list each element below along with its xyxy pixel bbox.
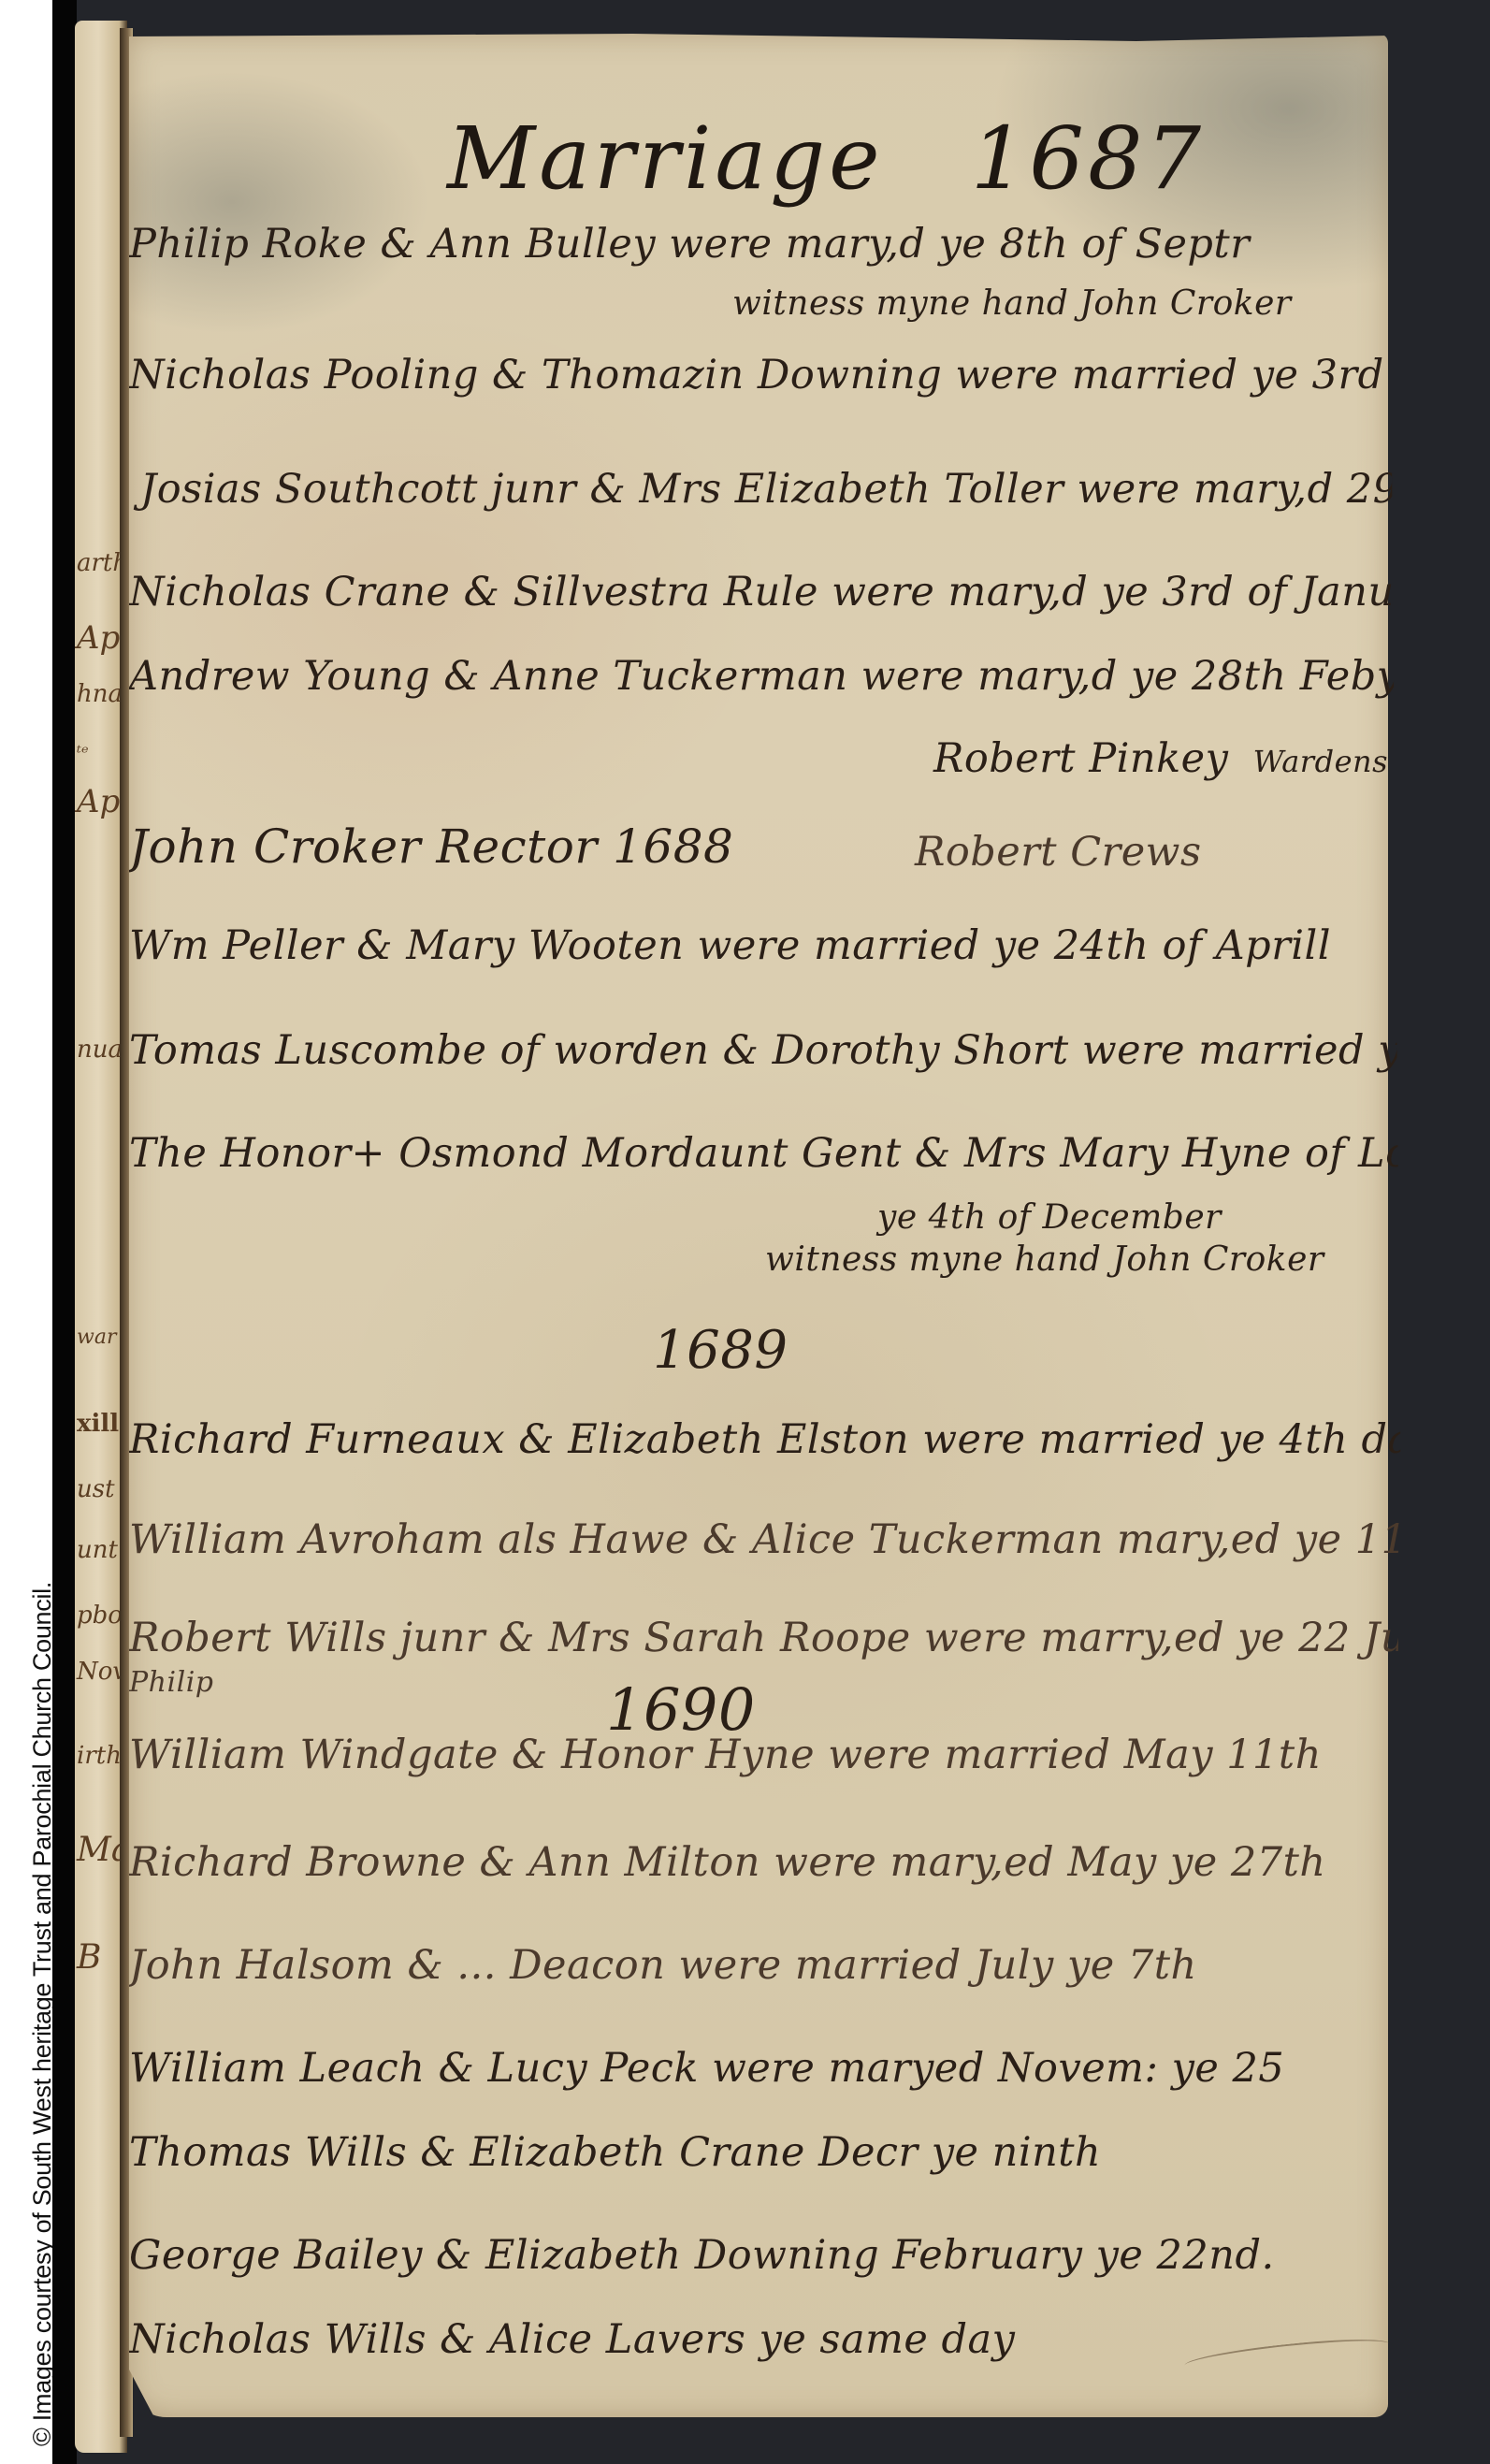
register-entry: Robert Wills junr & Mrs Sarah Roope were… bbox=[129, 1615, 1443, 1661]
register-entry: Thomas Wills & Elizabeth Crane Decr ye n… bbox=[129, 2129, 1101, 2176]
register-page: Marriage 1687 Philip Roke & Ann Bulley w… bbox=[129, 34, 1388, 2417]
copyright-strip: © Images courtesy of South West heritage… bbox=[0, 0, 56, 2464]
register-entry: William Leach & Lucy Peck were maryed No… bbox=[129, 2045, 1284, 2092]
register-entry: Philip Roke & Ann Bulley were mary,d ye … bbox=[129, 221, 1250, 268]
register-entry: The Honor+ Osmond Mordaunt Gent & Mrs Ma… bbox=[129, 1130, 1490, 1177]
register-entry: Andrew Young & Anne Tuckerman were mary,… bbox=[129, 653, 1400, 700]
witness-line: witness myne hand John Croker bbox=[765, 1240, 1324, 1279]
register-entry: Josias Southcott junr & Mrs Elizabeth To… bbox=[140, 466, 1490, 513]
witness-line: witness myne hand John Croker bbox=[732, 284, 1292, 323]
register-entry: Nicholas Wills & Alice Lavers ye same da… bbox=[129, 2316, 1015, 2363]
register-entry: George Bailey & Elizabeth Downing Februa… bbox=[129, 2232, 1275, 2279]
facing-page-fragment: war bbox=[77, 1326, 116, 1349]
register-entry: William Avroham als Hawe & Alice Tuckerm… bbox=[129, 1516, 1490, 1563]
entry-date-line: ye 4th of December bbox=[877, 1198, 1222, 1237]
register-entry: Wm Peller & Mary Wooten were married ye … bbox=[129, 922, 1331, 969]
register-entry: Richard Browne & Ann Milton were mary,ed… bbox=[129, 1839, 1326, 1886]
register-entry: William Windgate & Honor Hyne were marri… bbox=[129, 1732, 1322, 1778]
facing-page-fragment: ᵗᵉ bbox=[77, 741, 89, 763]
title-year: 1687 bbox=[971, 109, 1205, 209]
register-entry: Richard Furneaux & Elizabeth Elston were… bbox=[129, 1416, 1490, 1463]
register-entry: John Halsom & ... Deacon were married Ju… bbox=[129, 1942, 1197, 1989]
page-crease bbox=[1183, 2334, 1390, 2376]
facing-page-fragment: ust bbox=[77, 1475, 115, 1503]
signature-cosigner: Robert Crews bbox=[915, 829, 1202, 876]
title-text: Marriage bbox=[447, 109, 884, 209]
facing-page-fragment: hna bbox=[77, 680, 123, 708]
warden-name: Robert Pinkey bbox=[933, 735, 1228, 782]
signature-rector: John Croker Rector 1688 bbox=[129, 819, 733, 874]
register-entry: Nicholas Crane & Sillvestra Rule were ma… bbox=[129, 569, 1462, 616]
facing-page-fragment: Ap bbox=[77, 619, 120, 657]
facing-page-fragment: Ap bbox=[77, 783, 120, 820]
year-heading: 1689 bbox=[653, 1320, 788, 1381]
register-entry: Nicholas Pooling & Thomazin Downing were… bbox=[129, 352, 1489, 399]
scan-background-edge bbox=[52, 0, 77, 2464]
page-title: Marriage 1687 bbox=[447, 109, 1205, 209]
signature-warden: Robert Pinkey Wardens bbox=[933, 735, 1388, 782]
warden-role: Wardens bbox=[1253, 744, 1388, 779]
facing-page-fragment: xill bbox=[77, 1410, 119, 1438]
register-entry: Tomas Luscombe of worden & Dorothy Short… bbox=[129, 1027, 1490, 1074]
margin-note: Philip bbox=[129, 1666, 214, 1699]
facing-page-fragment: B bbox=[77, 1938, 101, 1977]
facing-page-fragment: unt bbox=[77, 1536, 118, 1564]
